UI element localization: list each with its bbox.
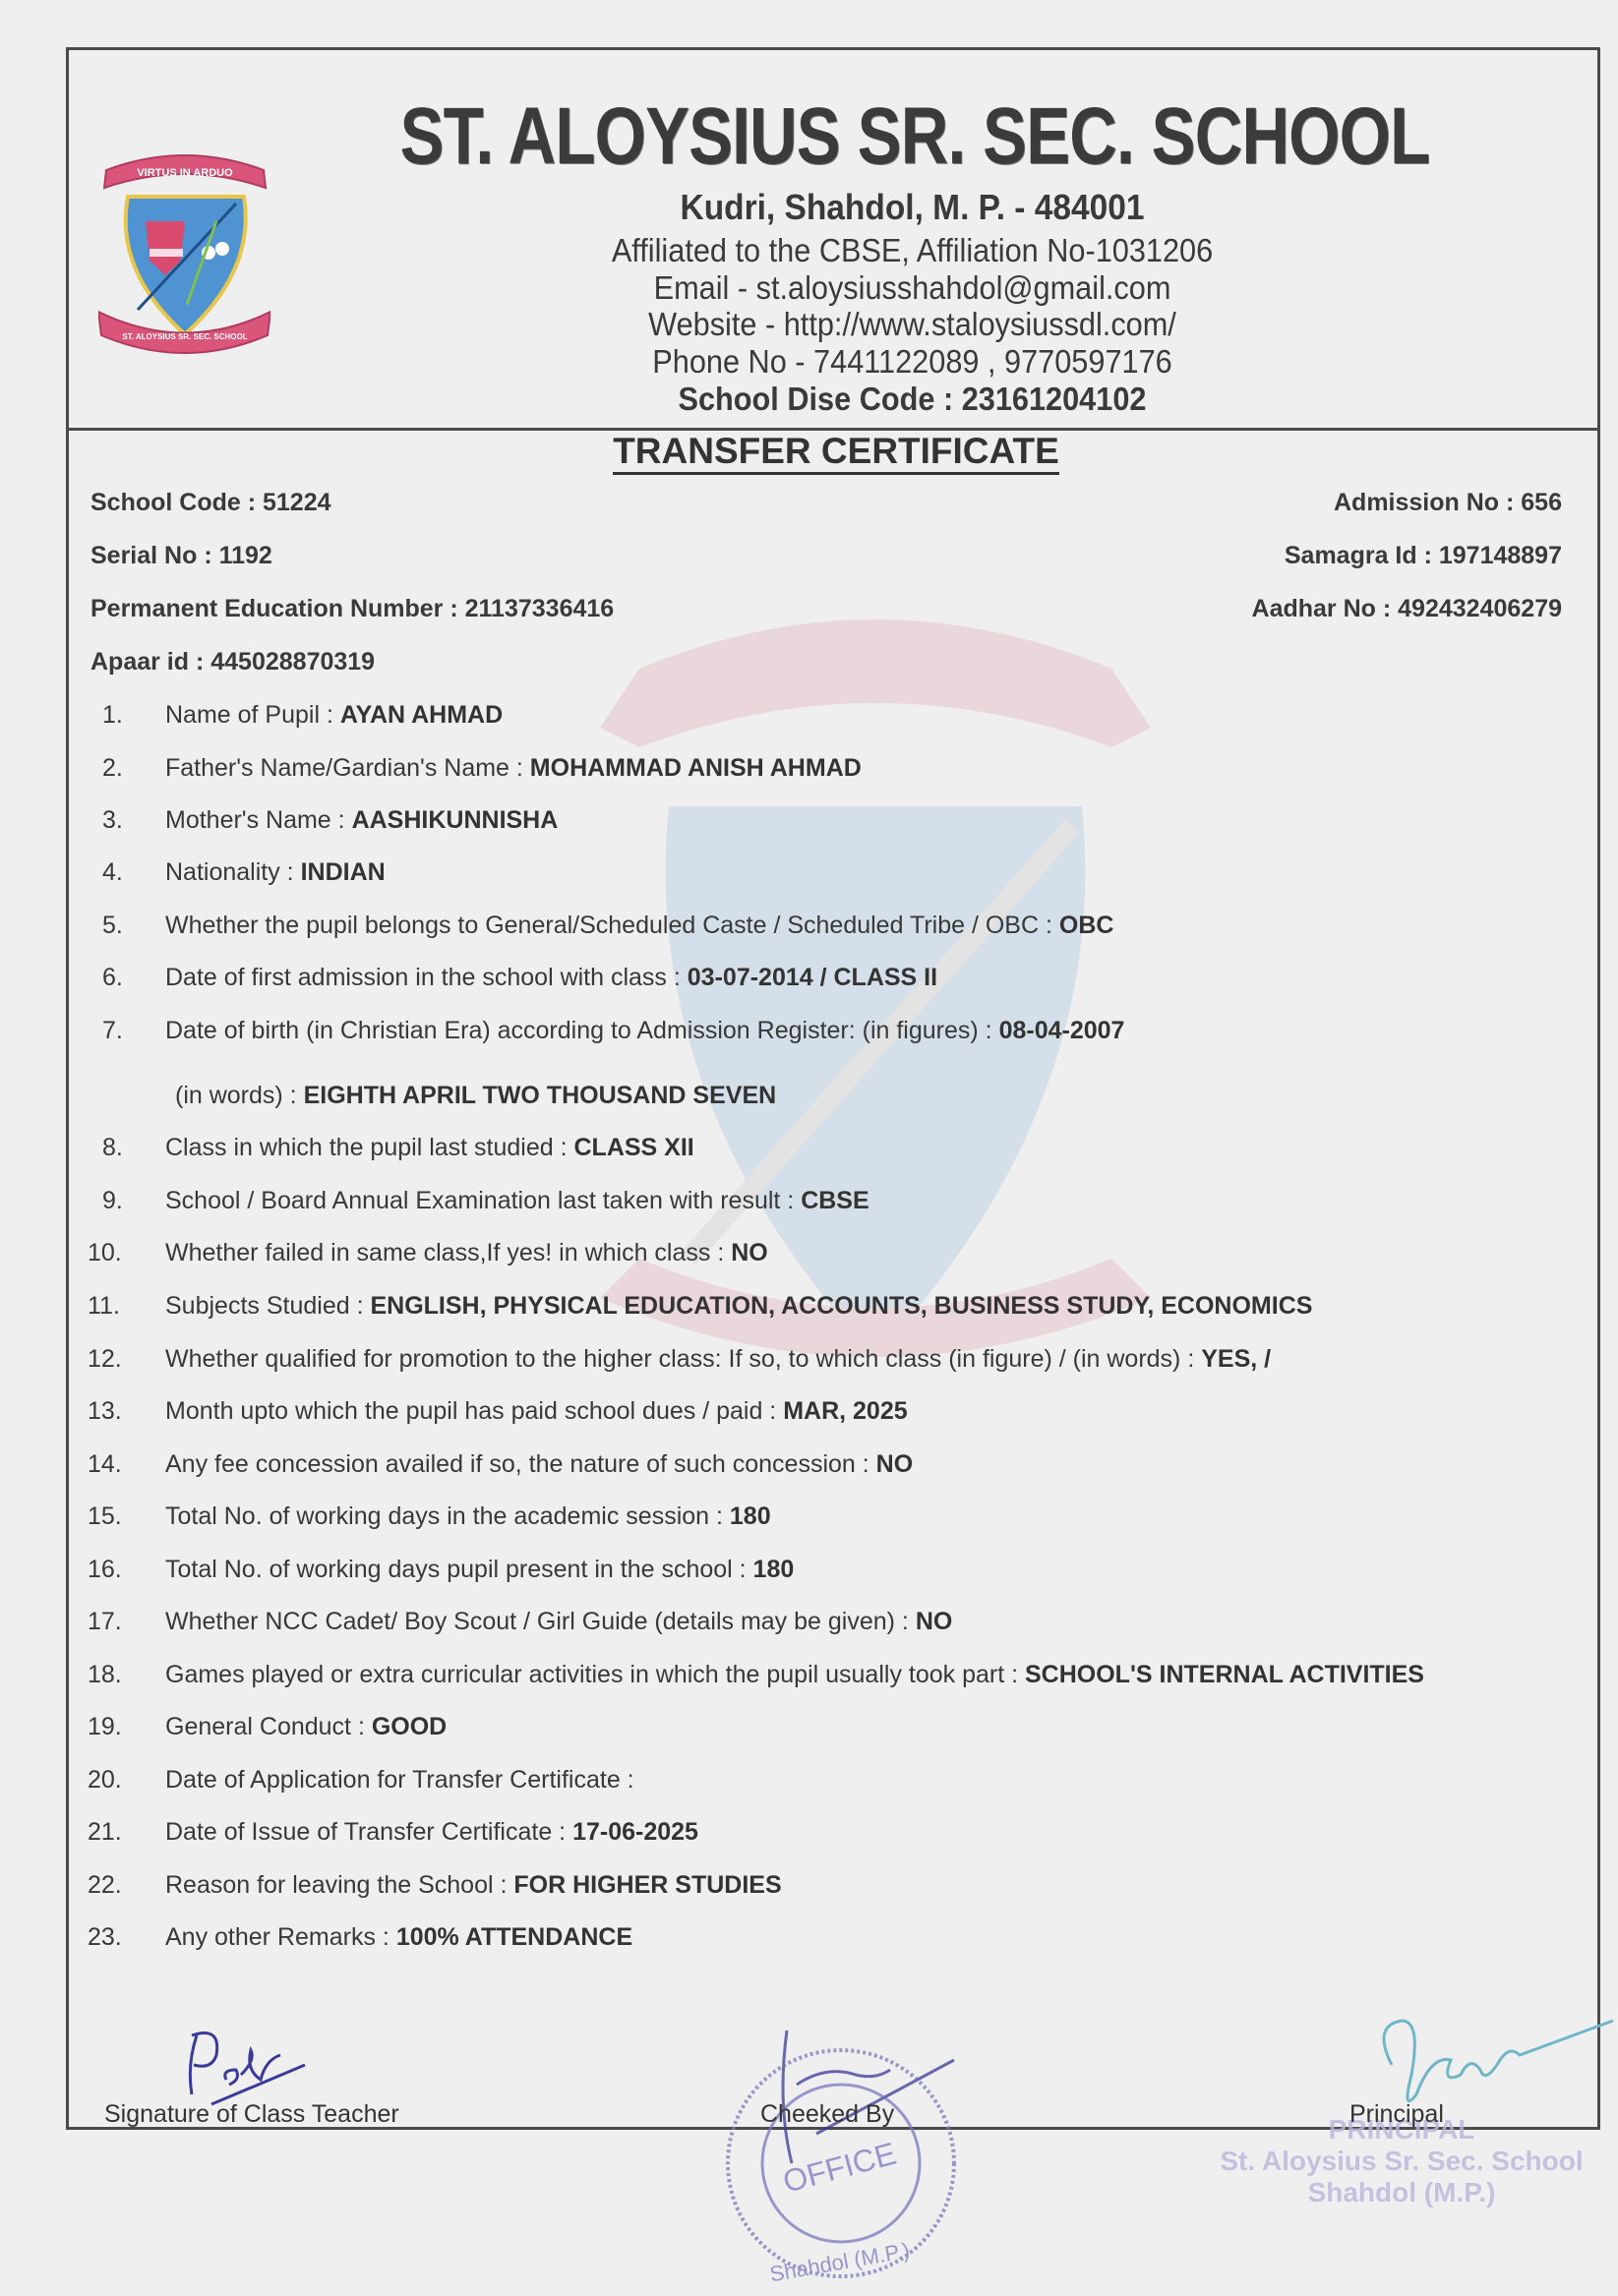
item-number: 5. [102, 912, 161, 940]
item-number: 21. [88, 1818, 147, 1847]
svg-text:ST. ALOYSIUS SR. SEC. SCHOOL: ST. ALOYSIUS SR. SEC. SCHOOL [122, 332, 247, 341]
item-text: Total No. of working days pupil present … [165, 1556, 794, 1584]
school-email: Email - st.aloysiusshahdol@gmail.com [449, 269, 1377, 306]
item-value: 03-07-2014 / CLASS II [688, 964, 937, 991]
school-website: Website - http://www.staloysiussdl.com/ [449, 306, 1377, 342]
item-value: 100% ATTENDANCE [396, 1923, 632, 1951]
item-value: CBSE [801, 1187, 869, 1214]
item-number: 2. [102, 754, 161, 783]
item-label: Date of Application for Transfer Certifi… [165, 1766, 634, 1794]
item-number: 20. [88, 1766, 147, 1795]
item-label: Whether the pupil belongs to General/Sch… [165, 912, 1059, 939]
item-value: NO [916, 1608, 953, 1635]
item-text: Name of Pupil : AYAN AHMAD [165, 701, 503, 730]
item-number: 11. [88, 1292, 147, 1321]
item-text: Whether NCC Cadet/ Boy Scout / Girl Guid… [165, 1608, 952, 1636]
item-text: Reason for leaving the School : FOR HIGH… [165, 1871, 782, 1900]
item-label: Nationality : [165, 858, 301, 886]
item-number: 8. [102, 1134, 161, 1162]
meta-apaar-id: Apaar id : 445028870319 [90, 648, 375, 677]
item-text: Date of Application for Transfer Certifi… [165, 1766, 634, 1795]
item-label: Date of Issue of Transfer Certificate : [165, 1818, 572, 1846]
item-label: Mother's Name : [165, 806, 352, 834]
item-number: 23. [88, 1923, 147, 1952]
svg-text:VIRTUS IN ARDUO: VIRTUS IN ARDUO [137, 167, 233, 179]
svg-text:OFFICE: OFFICE [779, 2136, 900, 2200]
item-text: School / Board Annual Examination last t… [165, 1187, 869, 1215]
item-text: Month upto which the pupil has paid scho… [165, 1397, 908, 1426]
meta-permanent-education-number: Permanent Education Number : 21137336416 [90, 595, 614, 623]
item-text: Games played or extra curricular activit… [165, 1661, 1424, 1689]
item-text: Mother's Name : AASHIKUNNISHA [165, 806, 558, 835]
item-number: 12. [88, 1345, 147, 1374]
item-value: 08-04-2007 [999, 1017, 1125, 1044]
item-value: ENGLISH, PHYSICAL EDUCATION, ACCOUNTS, B… [370, 1292, 1312, 1320]
item-value: MOHAMMAD ANISH AHMAD [530, 754, 862, 782]
meta-serial-no: Serial No : 1192 [90, 542, 272, 570]
item-label: Total No. of working days in the academi… [165, 1502, 730, 1530]
principal-label: Principal [1349, 2100, 1444, 2129]
meta-samagra-id: Samagra Id : 197148897 [1285, 542, 1562, 570]
class-teacher-signature-icon [182, 2026, 310, 2109]
item-text: Whether failed in same class,If yes! in … [165, 1239, 768, 1267]
item-number: 17. [88, 1608, 147, 1636]
item-label: (in words) : [175, 1082, 304, 1109]
item-value: AYAN AHMAD [340, 701, 503, 729]
item-number: 4. [102, 858, 161, 887]
item-value: INDIAN [301, 858, 386, 886]
item-text: Nationality : INDIAN [165, 858, 386, 887]
item-label: Whether qualified for promotion to the h… [165, 1345, 1201, 1373]
item-text: Date of birth (in Christian Era) accordi… [165, 1017, 1124, 1045]
item-value: CLASS XII [574, 1134, 694, 1161]
school-phone: Phone No - 7441122089 , 9770597176 [449, 343, 1377, 380]
item-label: Date of first admission in the school wi… [165, 964, 688, 991]
item-value: GOOD [372, 1713, 447, 1740]
item-text: Total No. of working days in the academi… [165, 1502, 771, 1531]
item-value: OBC [1059, 912, 1114, 939]
checked-by-label: Cheeked By [760, 2100, 894, 2129]
school-name: ST. ALOYSIUS SR. SEC. SCHOOL [383, 90, 1447, 183]
item-value: 17-06-2025 [572, 1818, 698, 1846]
item-number: 14. [88, 1450, 147, 1479]
item-label: Subjects Studied : [165, 1292, 370, 1320]
school-dise-code: School Dise Code : 23161204102 [449, 381, 1377, 417]
svg-text:Shahdol (M.P.): Shahdol (M.P.) [768, 2238, 912, 2287]
item-text: Whether the pupil belongs to General/Sch… [165, 912, 1113, 940]
item-text: Date of first admission in the school wi… [165, 964, 937, 992]
item-number: 15. [88, 1502, 147, 1531]
item-number: 9. [102, 1187, 161, 1215]
item-number: 6. [102, 964, 161, 992]
item-value: EIGHTH APRIL TWO THOUSAND SEVEN [304, 1082, 777, 1109]
item-number: 22. [88, 1871, 147, 1900]
item-number: 19. [88, 1713, 147, 1741]
item-value: 180 [753, 1556, 795, 1583]
meta-aadhar-no: Aadhar No : 492432406279 [1252, 595, 1562, 623]
item-number: 1. [102, 701, 161, 730]
item-label: Games played or extra curricular activit… [165, 1661, 1025, 1688]
item-value: AASHIKUNNISHA [352, 806, 559, 834]
school-address: Kudri, Shahdol, M. P. - 484001 [449, 189, 1377, 225]
item-label: Name of Pupil : [165, 701, 340, 729]
class-teacher-signature-label: Signature of Class Teacher [104, 2100, 399, 2129]
item-number: 3. [102, 806, 161, 835]
item-value: 180 [730, 1502, 771, 1530]
item-value: MAR, 2025 [783, 1397, 907, 1425]
meta-admission-no: Admission No : 656 [1334, 489, 1562, 517]
item-label: School / Board Annual Examination last t… [165, 1187, 801, 1214]
item-text: Any other Remarks : 100% ATTENDANCE [165, 1923, 632, 1952]
item-text: Father's Name/Gardian's Name : MOHAMMAD … [165, 754, 862, 783]
item-label: Month upto which the pupil has paid scho… [165, 1397, 783, 1425]
item-label: General Conduct : [165, 1713, 372, 1740]
item-label: Whether failed in same class,If yes! in … [165, 1239, 731, 1266]
item-value: NO [876, 1450, 914, 1478]
meta-school-code: School Code : 51224 [90, 489, 331, 517]
item-label: Any fee concession availed if so, the na… [165, 1450, 876, 1478]
item-number: 10. [88, 1239, 147, 1267]
item-value: YES, / [1201, 1345, 1271, 1373]
item-label: Total No. of working days pupil present … [165, 1556, 753, 1583]
item-label: Father's Name/Gardian's Name : [165, 754, 530, 782]
item-text: Whether qualified for promotion to the h… [165, 1345, 1271, 1374]
item-label: Date of birth (in Christian Era) accordi… [165, 1017, 999, 1044]
item-value: FOR HIGHER STUDIES [513, 1871, 781, 1899]
item-number: 16. [88, 1556, 147, 1584]
item-text: Date of Issue of Transfer Certificate : … [165, 1818, 698, 1847]
school-affiliation: Affiliated to the CBSE, Affiliation No-1… [449, 232, 1377, 268]
item-value: SCHOOL'S INTERNAL ACTIVITIES [1025, 1661, 1424, 1688]
item-value: NO [731, 1239, 768, 1266]
item-text: Class in which the pupil last studied : … [165, 1134, 694, 1162]
item-text: Subjects Studied : ENGLISH, PHYSICAL EDU… [165, 1292, 1312, 1321]
item-label: Reason for leaving the School : [165, 1871, 513, 1899]
item-number: 7. [102, 1017, 161, 1045]
item-label: Class in which the pupil last studied : [165, 1134, 574, 1161]
item-number: 13. [88, 1397, 147, 1426]
school-crest-icon: VIRTUS IN ARDUO ST. ALOYSIUS SR. SEC. SC… [98, 143, 270, 354]
item-number: 18. [88, 1661, 147, 1689]
item-label: Any other Remarks : [165, 1923, 396, 1951]
item-text: (in words) : EIGHTH APRIL TWO THOUSAND S… [175, 1082, 776, 1110]
item-label: Whether NCC Cadet/ Boy Scout / Girl Guid… [165, 1608, 916, 1635]
certificate-title: TRANSFER CERTIFICATE [551, 431, 1121, 472]
office-stamp-icon: OFFICE Shahdol (M.P.) [718, 2026, 964, 2291]
item-text: General Conduct : GOOD [165, 1713, 447, 1741]
item-text: Any fee concession availed if so, the na… [165, 1450, 913, 1479]
